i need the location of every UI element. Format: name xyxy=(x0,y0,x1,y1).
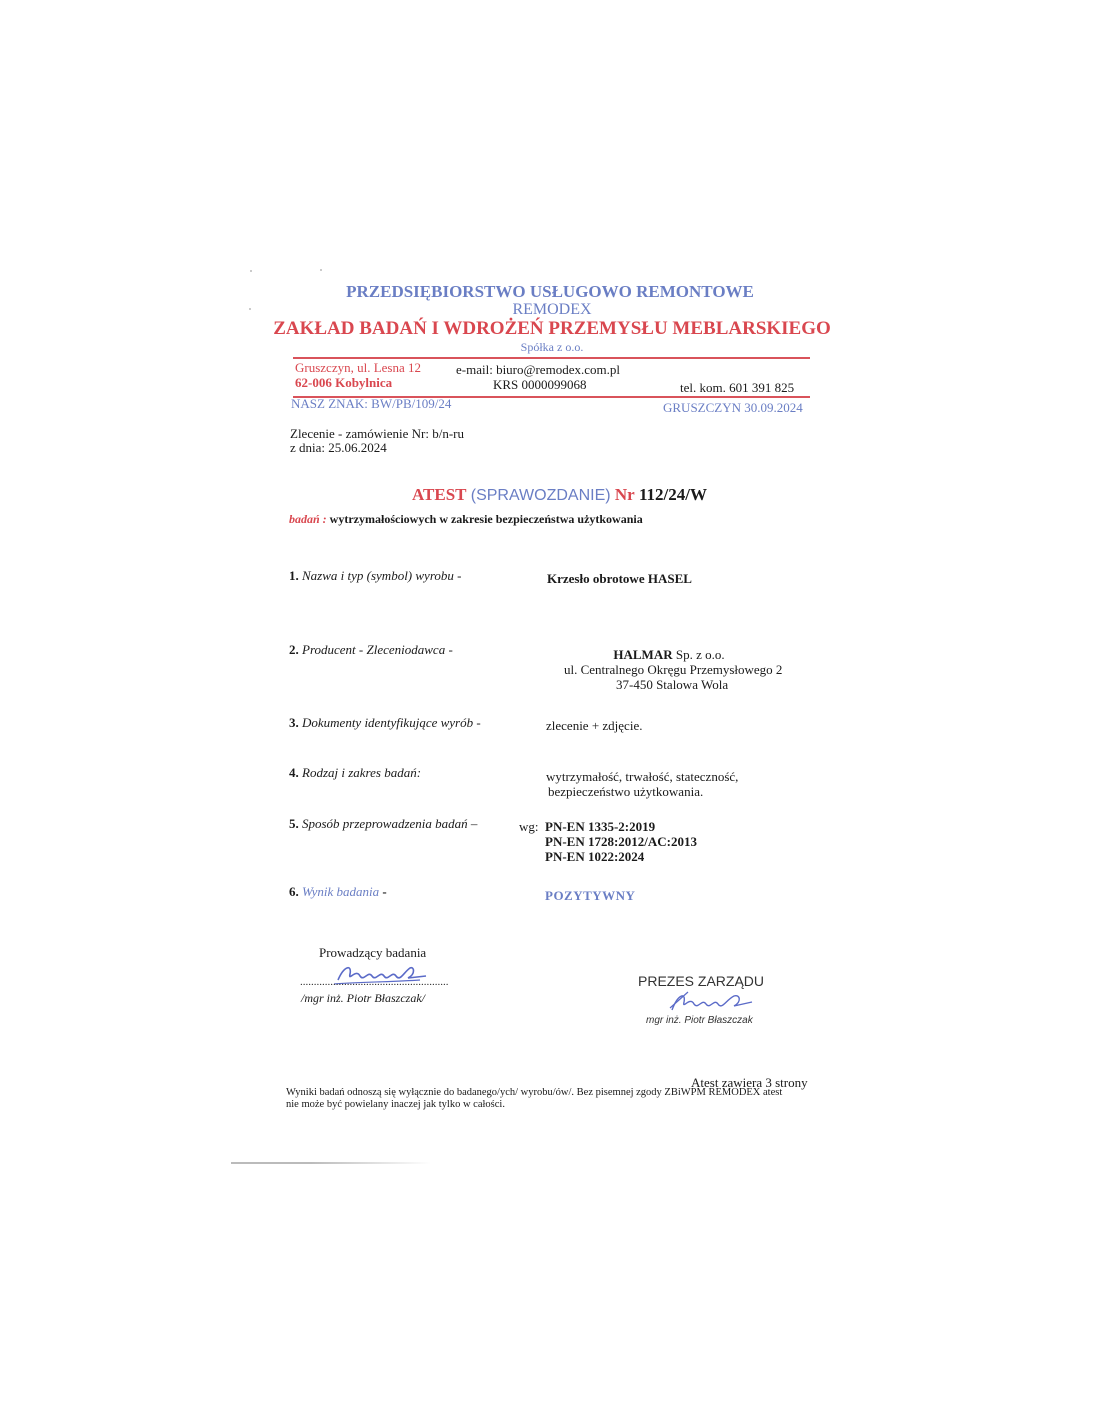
disclaimer-line1: Wyniki badań odnoszą się wyłącznie do ba… xyxy=(286,1087,782,1098)
item-1-label: 1. Nazwa i typ (symbol) wyrobu - xyxy=(289,568,461,584)
scan-speck xyxy=(320,269,322,271)
item-4-value-line2: bezpieczeństwo użytkowania. xyxy=(548,784,703,800)
left-signature-dots: ........................................… xyxy=(300,976,449,988)
item-4-value-line1: wytrzymałość, trwałość, stateczność, xyxy=(546,769,738,785)
item-6-label-suffix: - xyxy=(379,884,387,899)
item-6-label-text: Wynik badania xyxy=(302,884,379,899)
item-5-label-text: Sposób przeprowadzenia badań – xyxy=(302,816,477,831)
left-signature-name: /mgr inż. Piotr Błaszczak/ xyxy=(301,991,425,1006)
item-2-label: 2. Producent - Zleceniodawca - xyxy=(289,642,453,658)
document-subtitle: badań : wytrzymałościowych w zakresie be… xyxy=(289,512,643,527)
title-nr-label: Nr xyxy=(615,485,635,504)
item-1-number: 1. xyxy=(289,568,299,583)
email-address: e-mail: biuro@remodex.com.pl xyxy=(456,362,620,378)
disclaimer-line2: nie może być powielany inaczej jak tylko… xyxy=(286,1099,505,1110)
item-6-number: 6. xyxy=(289,884,299,899)
item-5-number: 5. xyxy=(289,816,299,831)
item-2-value-line3: 37-450 Stalowa Wola xyxy=(616,677,728,693)
standard-2: PN-EN 1728:2012/AC:2013 xyxy=(545,834,697,850)
standard-1: PN-EN 1335-2:2019 xyxy=(545,819,655,835)
left-signature-title: Prowadzący badania xyxy=(319,945,426,961)
address-line1: Gruszczyn, ul. Lesna 12 xyxy=(295,360,421,376)
title-atest: ATEST xyxy=(412,485,467,504)
our-reference: NASZ ZNAK: BW/PB/109/24 xyxy=(291,396,451,412)
scan-speck xyxy=(250,270,252,272)
producer-name: HALMAR xyxy=(613,647,672,662)
place-date: GRUSZCZYN 30.09.2024 xyxy=(663,400,803,416)
company-name-line2: REMODEX xyxy=(0,301,1100,319)
item-2-value-line1: HALMAR Sp. z o.o. xyxy=(564,647,774,663)
company-legal-form: Spółka z o.o. xyxy=(0,340,1100,355)
standard-3: PN-EN 1022:2024 xyxy=(545,849,644,865)
item-3-label-text: Dokumenty identyfikujące wyrób - xyxy=(302,715,481,730)
right-signature-scribble xyxy=(668,988,758,1016)
item-6-label: 6. Wynik badania - xyxy=(289,884,387,900)
item-3-label: 3. Dokumenty identyfikujące wyrób - xyxy=(289,715,481,731)
address-line2: 62-006 Kobylnica xyxy=(295,375,392,391)
title-nr-value: 112/24/W xyxy=(639,485,707,504)
title-sprawozdanie: (SPRAWOZDANIE) xyxy=(471,487,611,504)
item-2-value-line2: ul. Centralnego Okręgu Przemysłowego 2 xyxy=(564,662,782,678)
item-5-label: 5. Sposób przeprowadzenia badań – xyxy=(289,816,477,832)
item-1-value: Krzesło obrotowe HASEL xyxy=(547,571,692,587)
item-2-number: 2. xyxy=(289,642,299,657)
test-result: POZYTYWNY xyxy=(545,888,635,904)
krs-number: KRS 0000099068 xyxy=(493,377,587,393)
item-4-label: 4. Rodzaj i zakres badań: xyxy=(289,765,421,781)
scan-edge-line xyxy=(231,1162,431,1164)
item-3-value: zlecenie + zdjęcie. xyxy=(546,718,642,734)
header-rule-top xyxy=(293,357,810,359)
right-signature-title: PREZES ZARZĄDU xyxy=(638,973,764,989)
item-5-prefix: wg: xyxy=(519,819,539,835)
order-date: z dnia: 25.06.2024 xyxy=(290,440,387,456)
item-3-number: 3. xyxy=(289,715,299,730)
item-2-label-text: Producent - Zleceniodawca - xyxy=(302,642,453,657)
subtitle-label: badań : xyxy=(289,512,327,526)
item-4-number: 4. xyxy=(289,765,299,780)
subtitle-text: wytrzymałościowych w zakresie bezpieczeń… xyxy=(330,512,643,526)
producer-legal-form: Sp. z o.o. xyxy=(673,647,725,662)
document-title: ATEST (SPRAWOZDANIE) Nr 112/24/W xyxy=(412,485,707,505)
phone-number: tel. kom. 601 391 825 xyxy=(680,380,794,396)
company-name-line1: PRZEDSIĘBIORSTWO USŁUGOWO REMONTOWE xyxy=(0,282,1100,302)
right-signature-name: mgr inż. Piotr Błaszczak xyxy=(646,1015,753,1026)
item-4-label-text: Rodzaj i zakres badań: xyxy=(302,765,421,780)
company-name-line3: ZAKŁAD BADAŃ I WDROŻEŃ PRZEMYSŁU MEBLARS… xyxy=(0,318,1100,340)
item-1-label-text: Nazwa i typ (symbol) wyrobu - xyxy=(302,568,461,583)
